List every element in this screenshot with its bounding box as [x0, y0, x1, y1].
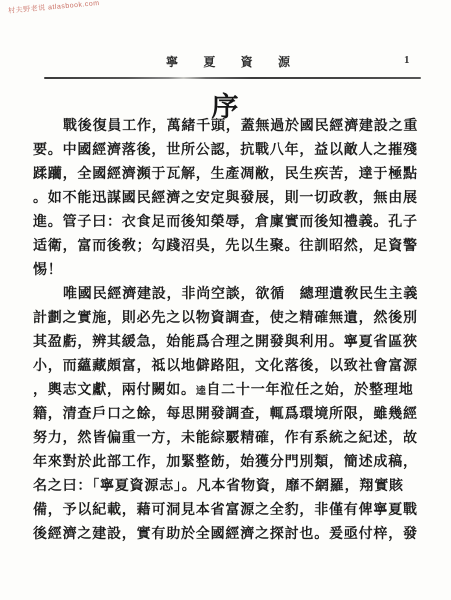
text-line: 名之曰：「寧夏資源志」。凡本省物資，靡不網羅，翔實賅 — [33, 475, 425, 499]
text-line: 計劃之實施，則必先之以物資調查，使之精確無遺，然後別 — [33, 307, 425, 331]
text-run: 籍，清查戶口之餘，每思開發調查，輒爲環境所限，雖幾經 — [33, 407, 418, 422]
text-line: 蹂躪，全國經濟瀕于瓦解，生產凋敝，民生疾苦，達于極點 — [33, 163, 425, 187]
text-line: 進。管子曰：衣食足而後知榮辱，倉廩實而後知禮義。孔子 — [33, 211, 425, 235]
text-line: 。如不能迅謀國民經濟之安定與發展，則一切政教，無由展 — [33, 187, 425, 211]
running-head-char: 寧 — [166, 53, 178, 70]
text-run: 惕！ — [33, 263, 63, 278]
author-name-small: 逵 — [196, 386, 207, 397]
text-run: 努力，然皆偏重一方，未能綜覈精確，作有系統之紀述，故 — [33, 431, 418, 446]
text-run: 年來對於此部工作，加緊整飭，始獲分門別類，簡述成稿， — [33, 455, 418, 470]
text-line: ，輿志文獻，兩付闕如。逵自二十一年涖任之始，於整理地 — [33, 379, 425, 403]
text-run: ，輿志文獻，兩付闕如。 — [33, 383, 196, 398]
text-line: 後經濟之建設，實有助於全國經濟之探討也。爰亟付梓，發 — [33, 523, 425, 547]
text-line: 唯國民經濟建設，非尚空談，欲循 總理遺敎民生主義 — [33, 283, 425, 307]
text-run: 蹂躪，全國經濟瀕于瓦解，生產凋敝，民生疾苦，達于極點 — [33, 167, 418, 182]
text-run: 名之曰：「寧夏資源志」。凡本省物資，靡不網羅，翔實賅 — [33, 479, 404, 494]
text-line: 備，予以紀載，藉可洞見本省富源之全豹，非僅有俾寧夏戰 — [33, 499, 425, 523]
header-rule — [44, 77, 421, 79]
text-line: 小，而蘊藏頗富，祗以地僻路阻，文化落後，以致社會富源 — [33, 355, 425, 379]
running-head-char: 資 — [241, 53, 253, 70]
text-run: 進。管子曰：衣食足而後知榮辱，倉廩實而後知禮義。孔子 — [33, 215, 418, 230]
text-line: 籍，清查戶口之餘，每思開發調查，輒爲環境所限，雖幾經 — [33, 403, 425, 427]
running-head-char: 夏 — [203, 53, 215, 70]
text-run: 後經濟之建設，實有助於全國經濟之探討也。爰亟付梓，發 — [33, 527, 418, 542]
text-run: 要。中國經濟落後，世所公認，抗戰八年，益以敵人之摧殘 — [33, 143, 418, 158]
scanned-book-page: 村夫野老说 atlasbook.com 寧 夏 資 源 1 序 戰後復員工作，萬… — [0, 0, 451, 600]
text-run: 備，予以紀載，藉可洞見本省富源之全豹，非僅有俾寧夏戰 — [33, 503, 418, 518]
text-run: 唯國民經濟建設，非尚空談，欲循 總理遺敎民生主義 — [63, 287, 418, 302]
text-run: 戰後復員工作，萬緒千頭，蓋無過於國民經濟建設之重 — [63, 119, 418, 134]
text-line: 年來對於此部工作，加緊整飭，始獲分門別類，簡述成稿， — [33, 451, 425, 475]
text-line: 要。中國經濟落後，世所公認，抗戰八年，益以敵人之摧殘 — [33, 139, 425, 163]
text-line: 适衛，富而後敎；勾踐沼吳，先以生聚。往訓昭然，足資警 — [33, 235, 425, 259]
text-line: 其盈虧，辨其緩急，始能爲合理之開發與利用。寧夏省區狹 — [33, 331, 425, 355]
running-head-char: 源 — [278, 53, 290, 70]
text-run: 小，而蘊藏頗富，祗以地僻路阻，文化落後，以致社會富源 — [33, 359, 418, 374]
site-watermark: 村夫野老说 atlasbook.com — [8, 0, 100, 15]
running-head: 寧 夏 資 源 — [166, 53, 290, 70]
text-line: 戰後復員工作，萬緒千頭，蓋無過於國民經濟建設之重 — [33, 115, 425, 139]
text-run: 自二十一年涖任之始，於整理地 — [206, 383, 413, 398]
text-run: 計劃之實施，則必先之以物資調查，使之精確無遺，然後別 — [33, 311, 418, 326]
text-line: 努力，然皆偏重一方，未能綜覈精確，作有系統之紀述，故 — [33, 427, 425, 451]
text-line: 惕！ — [33, 259, 425, 283]
page-number: 1 — [404, 54, 410, 66]
text-run: 。如不能迅謀國民經濟之安定與發展，則一切政教，無由展 — [33, 191, 418, 206]
text-run: 其盈虧，辨其緩急，始能爲合理之開發與利用。寧夏省區狹 — [33, 335, 418, 350]
body-text: 戰後復員工作，萬緒千頭，蓋無過於國民經濟建設之重要。中國經濟落後，世所公認，抗戰… — [33, 115, 425, 547]
text-run: 适衛，富而後敎；勾踐沼吳，先以生聚。往訓昭然，足資警 — [33, 239, 418, 254]
